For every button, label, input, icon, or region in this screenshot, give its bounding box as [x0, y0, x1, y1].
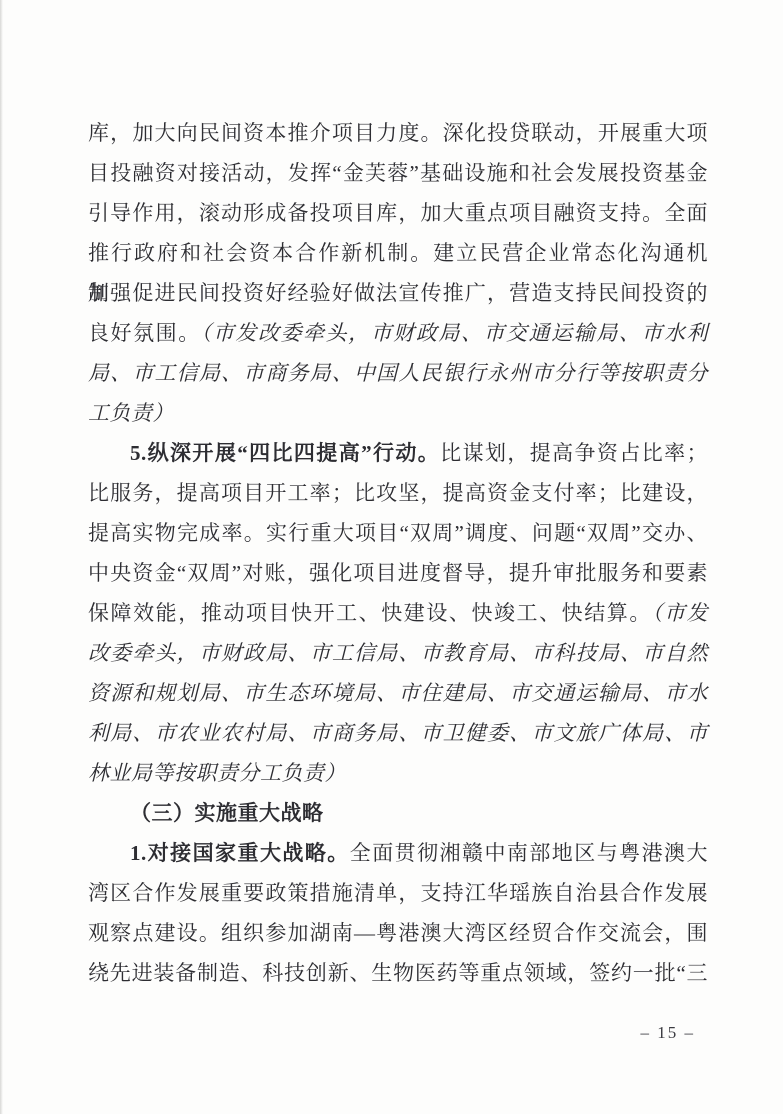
- text-line: 局、市工信局、市商务局、中国人民银行永州市分行等按职责分: [88, 353, 708, 393]
- text-line: 库，加大向民间资本推介项目力度。深化投贷联动，开展重大项: [88, 113, 708, 153]
- text-line: 引导作用，滚动形成备投项目库，加大重点项目融资支持。全面: [88, 193, 708, 233]
- text-line: 中央资金“双周”对账，强化项目进度督导，提升审批服务和要素: [88, 553, 708, 593]
- text-run-normal: 绕先进装备制造、科技创新、生物医药等重点领域，签约一批“三: [88, 961, 708, 985]
- text-line: （三）实施重大战略: [88, 793, 708, 833]
- text-run-kai: 资源和规划局、市生态环境局、市住建局、市交通运输局、市水: [88, 681, 708, 705]
- text-run-normal: 全面贯彻湘赣中南部地区与粤港澳大: [350, 841, 708, 865]
- text-line: 工负责）: [88, 393, 708, 433]
- text-line: 推行政府和社会资本合作新机制。建立民营企业常态化沟通机制，: [88, 233, 708, 273]
- text-run-normal: 湾区合作发展重要政策措施清单，支持江华瑶族自治县合作发展: [88, 881, 708, 905]
- text-run-kai: （市发改委牵头，市财政局、市交通运输局、市水利: [201, 321, 708, 345]
- text-line: 林业局等按职责分工负责）: [88, 753, 708, 793]
- text-line: 5.纵深开展“四比四提高”行动。比谋划，提高争资占比率；: [88, 433, 708, 473]
- text-run-bold: （三）实施重大战略: [130, 801, 324, 825]
- text-line: 改委牵头，市财政局、市工信局、市教育局、市科技局、市自然: [88, 633, 708, 673]
- text-line: 资源和规划局、市生态环境局、市住建局、市交通运输局、市水: [88, 673, 708, 713]
- document-page: 库，加大向民间资本推介项目力度。深化投贷联动，开展重大项目投融资对接活动，发挥“…: [0, 0, 783, 1114]
- text-run-normal: 观察点建设。组织参加湖南—粤港澳大湾区经贸合作交流会，围: [88, 921, 708, 945]
- text-line: 目投融资对接活动，发挥“金芙蓉”基础设施和社会发展投资基金: [88, 153, 708, 193]
- text-run-normal: 中央资金“双周”对账，强化项目进度督导，提升审批服务和要素: [88, 561, 708, 585]
- text-run-normal: 加强促进民间投资好经验好做法宣传推广，营造支持民间投资的: [88, 281, 708, 305]
- text-line: 1.对接国家重大战略。全面贯彻湘赣中南部地区与粤港澳大: [88, 833, 708, 873]
- text-line: 绕先进装备制造、科技创新、生物医药等重点领域，签约一批“三: [88, 953, 708, 993]
- text-line: 保障效能，推动项目快开工、快建设、快竣工、快结算。（市发: [88, 593, 708, 633]
- text-line: 提高实物完成率。实行重大项目“双周”调度、问题“双周”交办、: [88, 513, 708, 553]
- text-run-normal: 良好氛围。: [88, 321, 201, 345]
- text-run-bold: 5.纵深开展“四比四提高”行动。: [130, 441, 440, 465]
- text-run-kai: 局、市工信局、市商务局、中国人民银行永州市分行等按职责分: [88, 361, 708, 385]
- text-run-normal: 库，加大向民间资本推介项目力度。深化投贷联动，开展重大项: [88, 121, 708, 145]
- text-run-normal: 比谋划，提高争资占比率；: [440, 441, 708, 465]
- text-run-kai: 工负责）: [88, 401, 174, 425]
- text-run-normal: 目投融资对接活动，发挥“金芙蓉”基础设施和社会发展投资基金: [88, 161, 708, 185]
- text-run-normal: 引导作用，滚动形成备投项目库，加大重点项目融资支持。全面: [88, 201, 708, 225]
- text-line: 观察点建设。组织参加湖南—粤港澳大湾区经贸合作交流会，围: [88, 913, 708, 953]
- text-line: 良好氛围。（市发改委牵头，市财政局、市交通运输局、市水利: [88, 313, 708, 353]
- text-run-normal: 比服务，提高项目开工率；比攻坚，提高资金支付率；比建设，: [88, 481, 708, 505]
- text-run-kai: 林业局等按职责分工负责）: [88, 761, 346, 785]
- text-run-normal: 保障效能，推动项目快开工、快建设、快竣工、快结算。: [88, 601, 652, 625]
- text-body: 库，加大向民间资本推介项目力度。深化投贷联动，开展重大项目投融资对接活动，发挥“…: [88, 113, 708, 993]
- text-run-normal: 提高实物完成率。实行重大项目“双周”调度、问题“双周”交办、: [88, 521, 708, 545]
- text-line: 湾区合作发展重要政策措施清单，支持江华瑶族自治县合作发展: [88, 873, 708, 913]
- text-run-kai: 利局、市农业农村局、市商务局、市卫健委、市文旅广体局、市: [88, 721, 708, 745]
- text-line: 比服务，提高项目开工率；比攻坚，提高资金支付率；比建设，: [88, 473, 708, 513]
- text-line: 利局、市农业农村局、市商务局、市卫健委、市文旅广体局、市: [88, 713, 708, 753]
- text-run-bold: 1.对接国家重大战略。: [130, 841, 350, 865]
- text-run-kai: 改委牵头，市财政局、市工信局、市教育局、市科技局、市自然: [88, 641, 708, 665]
- text-line: 加强促进民间投资好经验好做法宣传推广，营造支持民间投资的: [88, 273, 708, 313]
- page-number: – 15 –: [641, 1021, 696, 1045]
- text-run-kai: （市发: [652, 601, 708, 625]
